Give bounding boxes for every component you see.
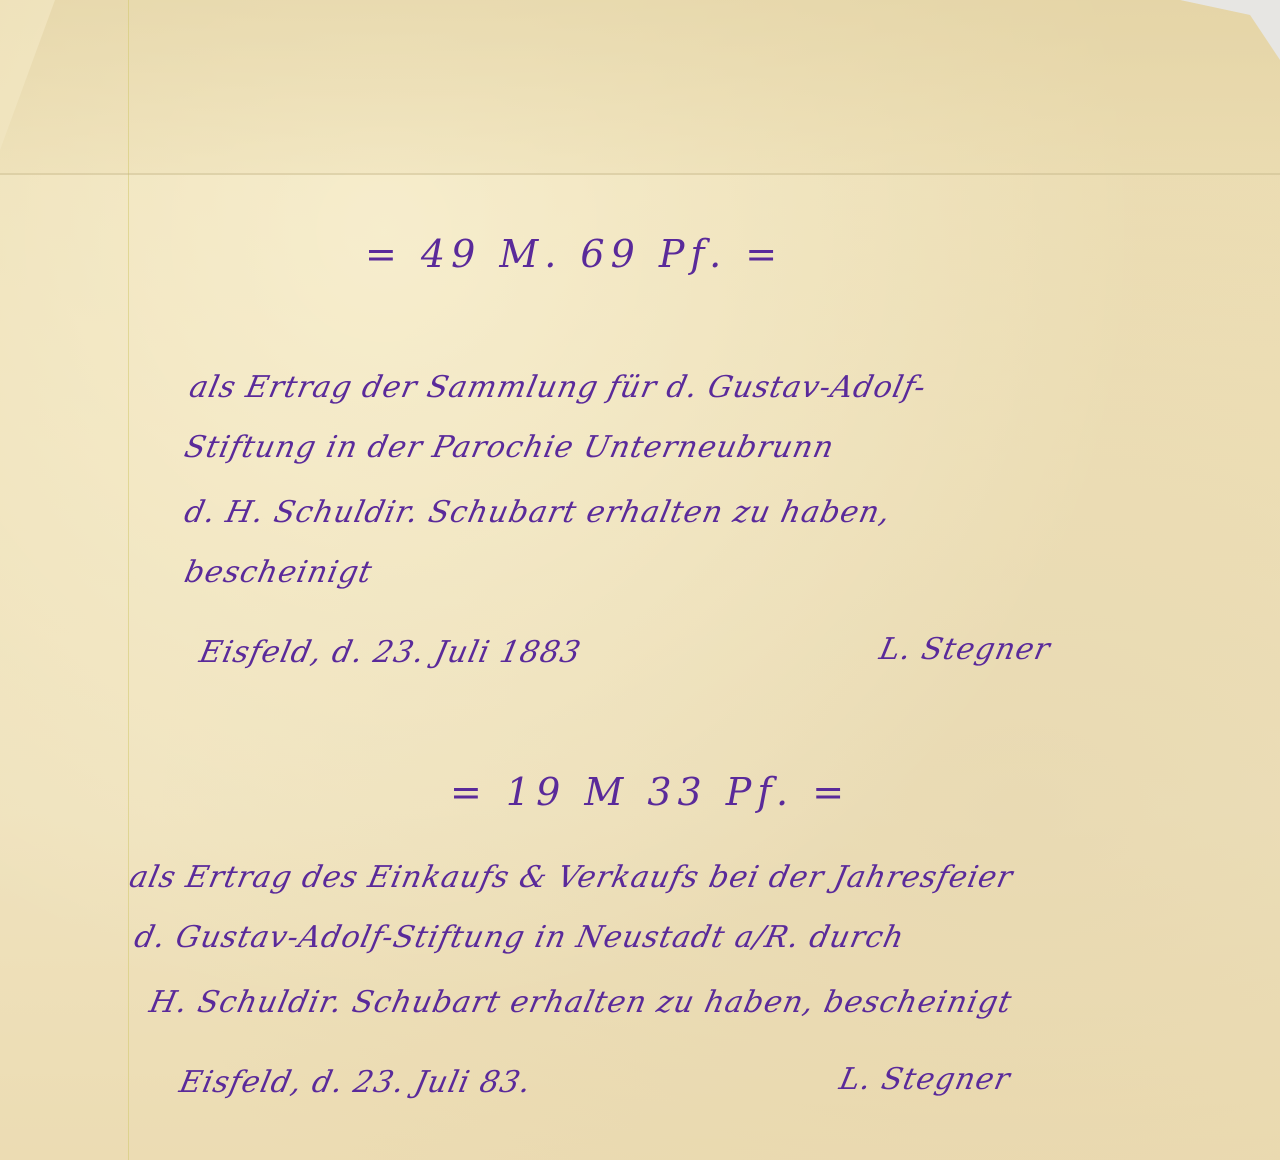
folded-top-edge	[0, 0, 1280, 175]
entry-2-line-1: als Ertrag des Einkaufs & Verkaufs bei d…	[126, 860, 1016, 895]
entry-1-line-1: als Ertrag der Sammlung für d. Gustav-Ad…	[186, 370, 929, 405]
entry-2-line-3: H. Schuldir. Schubart erhalten zu haben,…	[146, 985, 1015, 1020]
entry-1-signature: L. Stegner	[876, 632, 1053, 667]
entry-2-line-2: d. Gustav-Adolf-Stiftung in Neustadt a/R…	[131, 920, 907, 955]
entry-1-line-2: Stiftung in der Parochie Unterneubrunn	[181, 430, 837, 465]
entry-2-place-date: Eisfeld, d. 23. Juli 83.	[176, 1065, 534, 1100]
entry-2-amount: = 19 M 33 Pf. =	[450, 770, 850, 814]
entry-1-place-date: Eisfeld, d. 23. Juli 1883	[196, 635, 584, 670]
entry-1-amount: = 49 M. 69 Pf. =	[365, 232, 783, 276]
entry-1-line-4: bescheinigt	[181, 555, 375, 590]
entry-1-line-3: d. H. Schuldir. Schubart erhalten zu hab…	[181, 495, 894, 530]
entry-2-signature: L. Stegner	[836, 1062, 1013, 1097]
horizontal-crease	[0, 173, 1280, 175]
